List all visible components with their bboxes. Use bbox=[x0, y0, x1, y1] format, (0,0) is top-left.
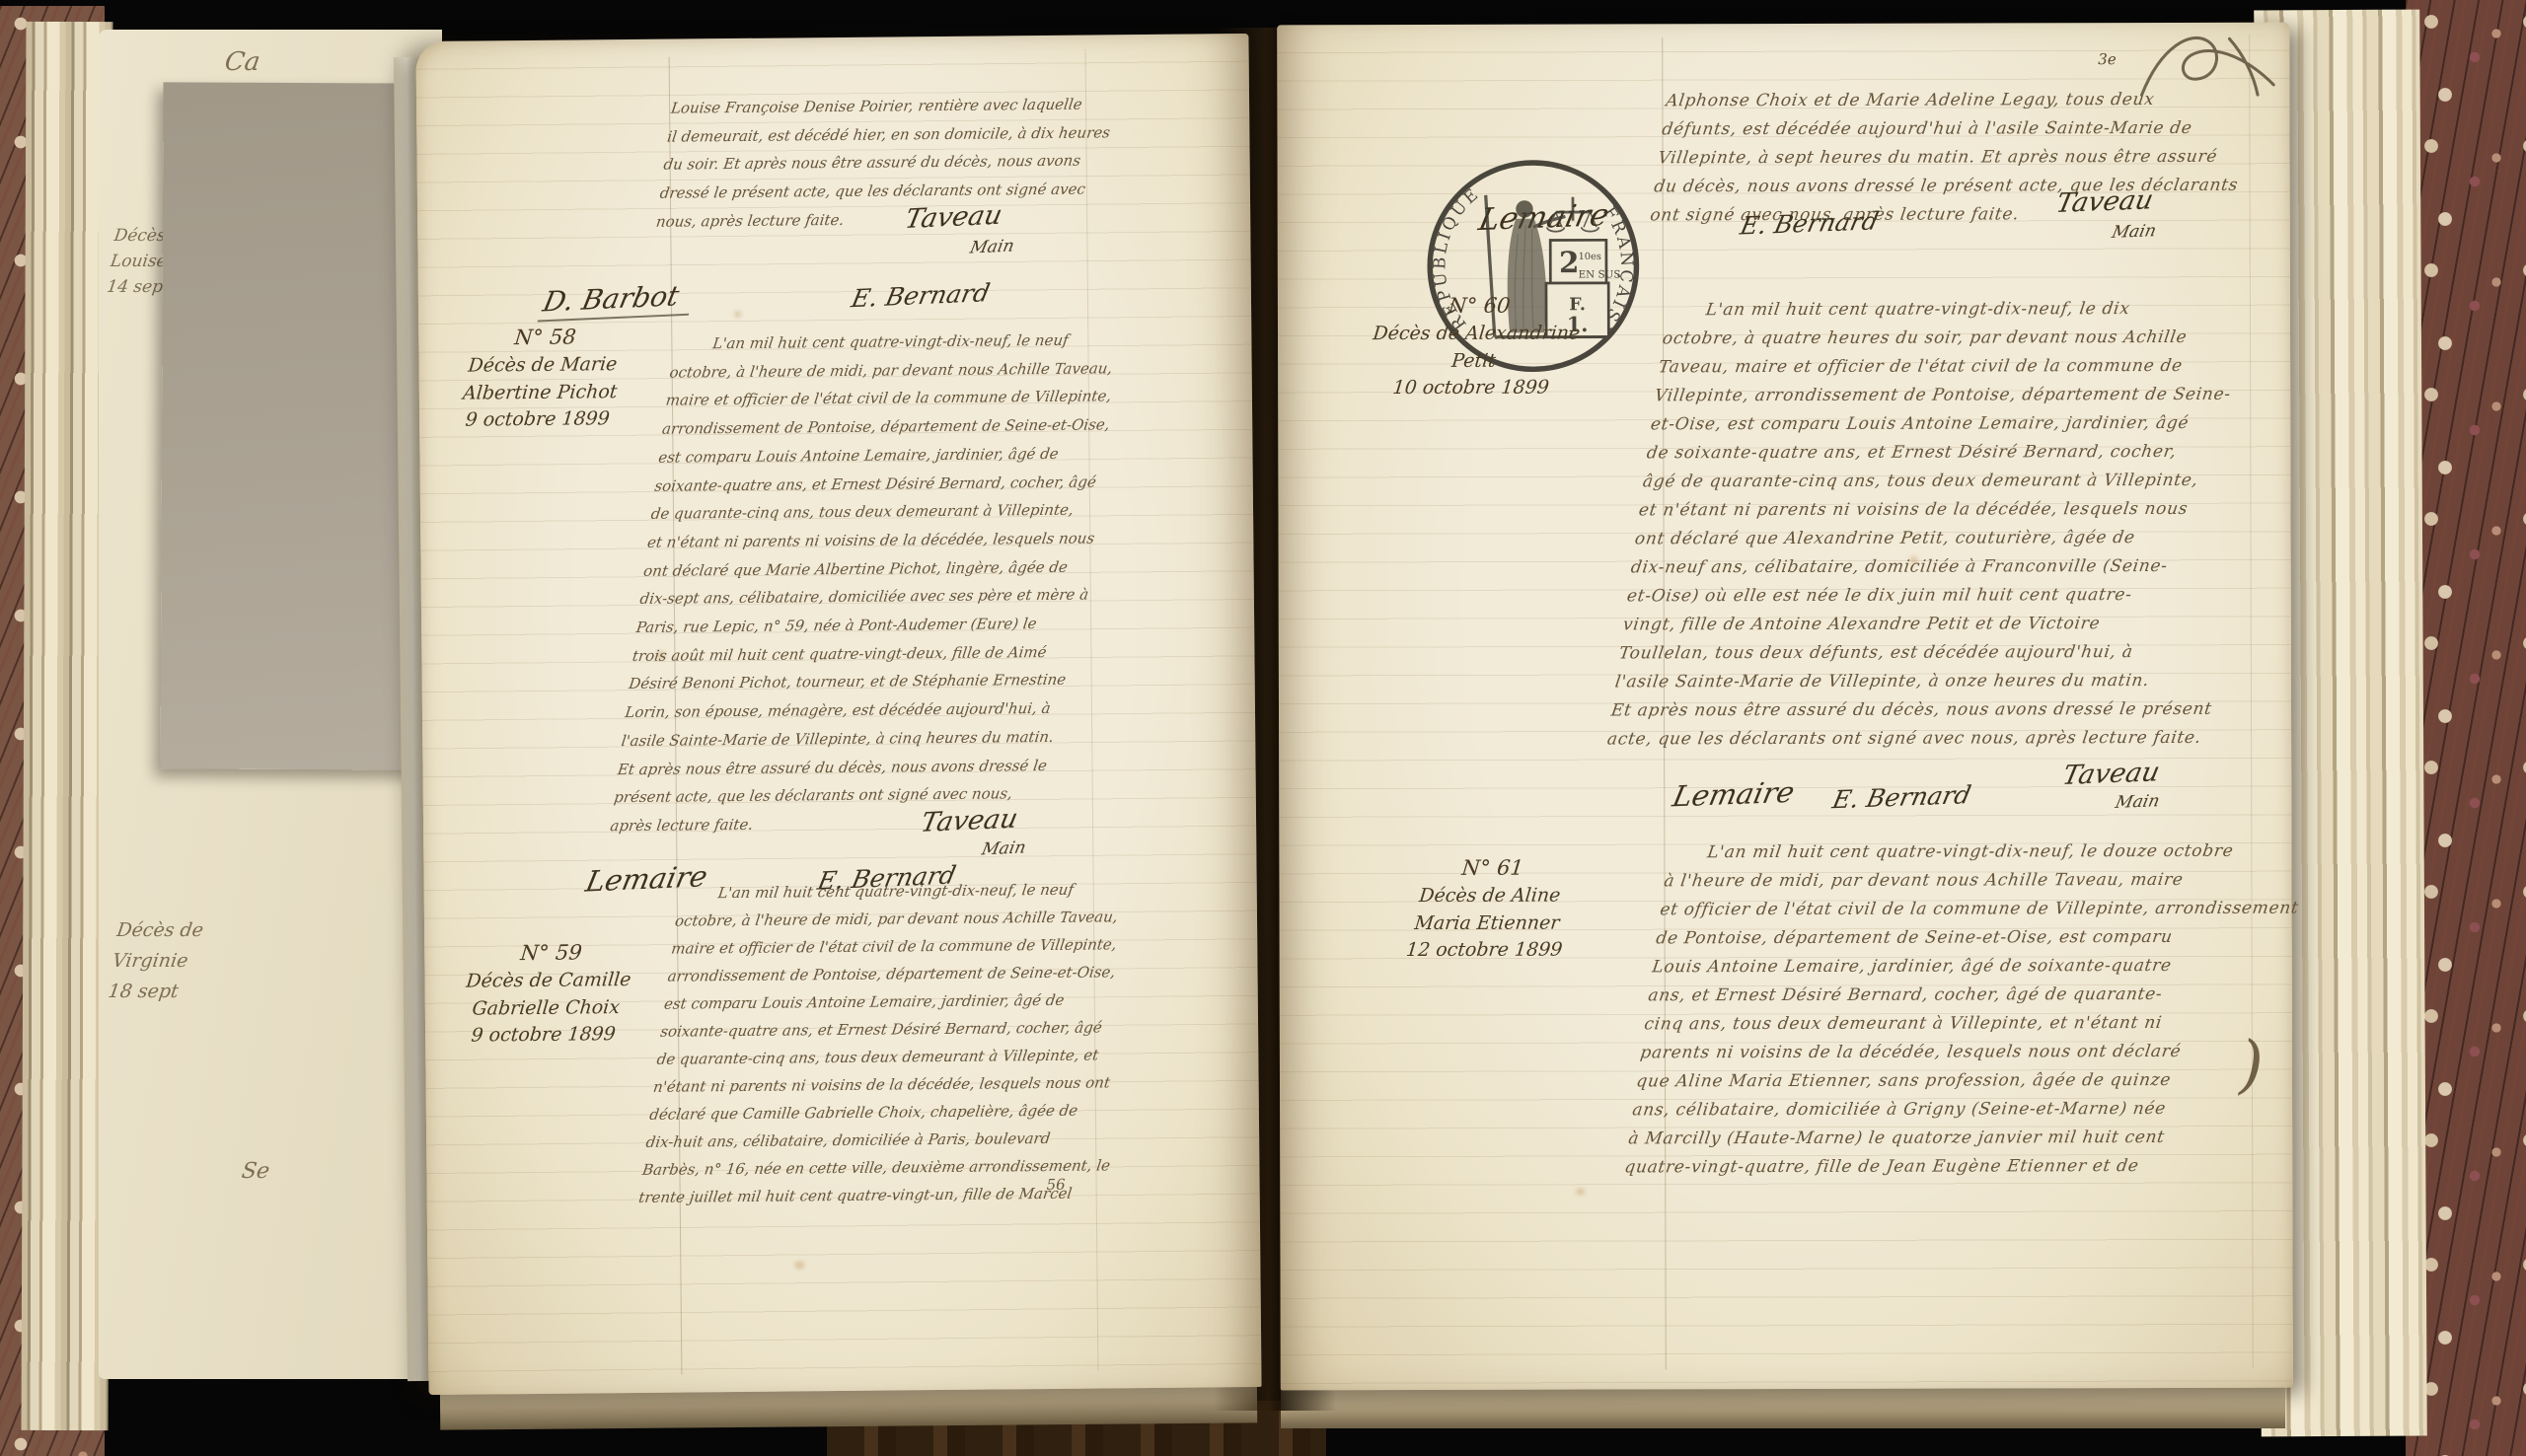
right-page: 3e Alphonse Choix et de Marie Adeline Le… bbox=[1277, 23, 2293, 1391]
manuscript-line: et n'étant ni parents ni voisins de la d… bbox=[1637, 495, 2242, 526]
left-page: Louise Françoise Denise Poirier, rentièr… bbox=[415, 34, 1261, 1395]
manuscript-line: à Marcilly (Haute-Marne) le quatorze jan… bbox=[1626, 1124, 2268, 1154]
act-title: Décès de Marie bbox=[433, 351, 653, 381]
manuscript-line: Paris, rue Lepic, n° 59, née à Pont-Aude… bbox=[634, 610, 1086, 642]
manuscript-line: et n'étant ni parents ni voisins de la d… bbox=[645, 524, 1097, 556]
signature-bernard: E. Bernard bbox=[1830, 780, 1973, 814]
manuscript-line: maire et officier de l'état civil de la … bbox=[664, 383, 1116, 415]
manuscript-line: de Pontoise, département de Seine-et-Ois… bbox=[1654, 923, 2296, 954]
stamp-value-ensus: EN SUS bbox=[1579, 268, 1621, 280]
manuscript-line: dix-sept ans, célibataire, domiciliée av… bbox=[638, 581, 1090, 614]
bracket-flourish: ) bbox=[2239, 1029, 2264, 1102]
act-date: 9 octobre 1899 bbox=[427, 405, 647, 435]
record-58-body: L'an mil huit cent quatre-vingt-dix-neuf… bbox=[609, 326, 1124, 840]
manuscript-line: soixante-quatre ans, et Ernest Désiré Be… bbox=[653, 468, 1105, 500]
manuscript-line: L'an mil huit cent quatre-vingt-dix-neuf… bbox=[710, 326, 1123, 358]
continuation-body: Louise Françoise Denise Poirier, rentièr… bbox=[654, 90, 1115, 236]
manuscript-line: Villepinte, à sept heures du matin. Et a… bbox=[1656, 143, 2244, 174]
manuscript-line: trois août mil huit cent quatre-vingt-de… bbox=[631, 637, 1082, 670]
manuscript-line: il demeurait, est décédé hier, en son do… bbox=[665, 118, 1111, 151]
signature-taveau: Taveau bbox=[903, 200, 1005, 235]
record-60-margin: N° 60 Décès de Alexandrine Petit 10 octo… bbox=[1351, 290, 1599, 401]
register-photo: Ca DécèsLouise14 sept Décès deVirginie18… bbox=[0, 0, 2526, 1456]
act-title: Maria Etienner bbox=[1368, 910, 1607, 937]
foxing-spot bbox=[1576, 1189, 1585, 1196]
manuscript-fragment-block: Décès deVirginie18 sept bbox=[106, 915, 286, 1007]
manuscript-line: Villepinte, arrondissement de Pontoise, … bbox=[1653, 381, 2258, 411]
manuscript-fragment: Ca bbox=[223, 47, 262, 77]
act-title: Gabrielle Choix bbox=[436, 993, 656, 1023]
manuscript-line: L'an mil huit cent quatre-vingt-dix-neuf… bbox=[1705, 837, 2308, 868]
manuscript-line: Louise bbox=[109, 249, 170, 274]
signature-taveau: Taveau bbox=[2053, 184, 2156, 219]
manuscript-line: du soir. Et après nous être assuré du dé… bbox=[662, 147, 1108, 180]
manuscript-line: âgé de quarante-cinq ans, tous deux deme… bbox=[1641, 467, 2246, 497]
manuscript-line: L'an mil huit cent quatre-vingt-dix-neuf… bbox=[716, 875, 1149, 907]
manuscript-line: et officier de l'état civil de la commun… bbox=[1658, 895, 2300, 925]
manuscript-line: 14 sept bbox=[106, 274, 167, 300]
record-59-margin: N° 59 Décès de Camille Gabrielle Choix 9… bbox=[433, 937, 661, 1051]
act-number: N° 59 bbox=[441, 937, 661, 969]
record-61-margin: N° 61 Décès de Aline Maria Etienner 12 o… bbox=[1365, 852, 1613, 964]
manuscript-line: Et après nous être assuré du décès, nous… bbox=[616, 751, 1068, 783]
manuscript-line: L'an mil huit cent quatre-vingt-dix-neuf… bbox=[1704, 295, 2269, 325]
manuscript-line: dix-neuf ans, célibataire, domiciliée à … bbox=[1629, 552, 2234, 583]
manuscript-fragment: Se bbox=[240, 1159, 271, 1184]
act-title: Albertine Pichot bbox=[430, 378, 650, 407]
manuscript-line: acte, que les déclarants ont signé avec … bbox=[1605, 724, 2210, 755]
record-58-margin: N° 58 Décès de Marie Albertine Pichot 9 … bbox=[427, 322, 655, 435]
foxing-spot bbox=[734, 311, 741, 318]
act-title: Décès de Camille bbox=[439, 967, 659, 996]
manuscript-line: octobre, à l'heure de midi, par devant n… bbox=[668, 354, 1120, 387]
stamp-value-tenths: 10es bbox=[1579, 252, 1601, 262]
manuscript-line: de quarante-cinq ans, tous deux demeuran… bbox=[649, 496, 1101, 529]
foxing-spot bbox=[794, 1261, 804, 1269]
manuscript-line: Toullelan, tous deux défunts, est décédé… bbox=[1617, 638, 2222, 669]
signature-bernard: E. Bernard bbox=[849, 278, 992, 313]
page-number: 56 bbox=[1047, 1176, 1066, 1194]
manuscript-line: quatre-vingt-quatre, fille de Jean Eugèn… bbox=[1622, 1152, 2265, 1183]
act-title: Décès de Alexandrine bbox=[1357, 320, 1597, 347]
manuscript-line: nous, après lecture faite. bbox=[654, 203, 1100, 236]
act-number: N° 60 bbox=[1360, 290, 1599, 321]
manuscript-line: ont déclaré que Alexandrine Petit, coutu… bbox=[1633, 524, 2238, 554]
manuscript-line: est comparu Louis Antoine Lemaire, jardi… bbox=[656, 439, 1108, 472]
manuscript-line: cinq ans, tous deux demeurant à Villepin… bbox=[1642, 1009, 2284, 1040]
manuscript-line: ans, et Ernest Désiré Bernard, cocher, â… bbox=[1646, 981, 2288, 1011]
manuscript-line: et-Oise, est comparu Louis Antoine Lemai… bbox=[1649, 409, 2254, 440]
signature-lemaire: Lemaire bbox=[1670, 775, 1798, 814]
record-61-body: L'an mil huit cent quatre-vingt-dix-neuf… bbox=[1622, 837, 2308, 1183]
manuscript-line: octobre, à quatre heures du soir, par de… bbox=[1661, 324, 2266, 354]
stamp-value-2: 2 bbox=[1559, 245, 1580, 279]
manuscript-line: Décès de bbox=[114, 915, 286, 946]
manuscript-line: parents ni voisins de la décédée, lesque… bbox=[1638, 1038, 2280, 1068]
record-60-body: L'an mil huit cent quatre-vingt-dix-neuf… bbox=[1605, 295, 2269, 755]
manuscript-line: et-Oise) où elle est née le dix juin mil… bbox=[1625, 581, 2230, 612]
manuscript-line: l'asile Sainte-Marie de Villepinte, à on… bbox=[1613, 667, 2218, 697]
manuscript-line: ans, célibataire, domiciliée à Grigny (S… bbox=[1630, 1095, 2272, 1126]
manuscript-line: de soixante-quatre ans, et Ernest Désiré… bbox=[1645, 438, 2250, 469]
signature-taveau: Taveau bbox=[2060, 757, 2163, 791]
manuscript-line: que Aline Maria Etienner, sans professio… bbox=[1634, 1066, 2276, 1097]
manuscript-line: Lorin, son épouse, ménagère, est décédée… bbox=[624, 694, 1076, 727]
signature-barbot: D. Barbot bbox=[538, 279, 697, 323]
manuscript-line: à l'heure de midi, par devant nous Achil… bbox=[1662, 866, 2304, 897]
manuscript-line: l'asile Sainte-Marie de Villepinte, à ci… bbox=[620, 723, 1072, 756]
folio-mark: 3e bbox=[2098, 50, 2116, 68]
act-title: Décès de Aline bbox=[1370, 882, 1609, 910]
record-59-body: L'an mil huit cent quatre-vingt-dix-neuf… bbox=[637, 875, 1149, 1211]
manuscript-line: Louis Antoine Lemaire, jardinier, âgé de… bbox=[1650, 952, 2292, 983]
manuscript-line: dressé le présent acte, que les déclaran… bbox=[658, 175, 1104, 207]
manuscript-line: ont déclaré que Marie Albertine Pichot, … bbox=[641, 552, 1093, 585]
manuscript-line: défunts, est décédée aujourd'hui à l'asi… bbox=[1660, 114, 2248, 145]
manuscript-line: arrondissement de Pontoise, département … bbox=[666, 958, 1138, 990]
signature-main: Main bbox=[2110, 221, 2158, 243]
manuscript-line: arrondissement de Pontoise, département … bbox=[660, 410, 1112, 443]
manuscript-line: vingt, fille de Antoine Alexandre Petit … bbox=[1621, 610, 2226, 640]
manuscript-line: Désiré Benoni Pichot, tourneur, et de St… bbox=[627, 666, 1078, 698]
manuscript-line: Louise Françoise Denise Poirier, rentièr… bbox=[669, 90, 1115, 122]
continuation-body: Alphonse Choix et de Marie Adeline Legay… bbox=[1648, 86, 2252, 231]
signature-taveau: Taveau bbox=[918, 804, 1020, 838]
manuscript-line: 18 sept bbox=[106, 977, 277, 1007]
act-date: 10 octobre 1899 bbox=[1351, 375, 1591, 402]
signature-main: Main bbox=[2114, 791, 2162, 813]
act-title: Petit bbox=[1354, 347, 1594, 375]
act-date: 12 octobre 1899 bbox=[1365, 936, 1604, 964]
act-number: N° 58 bbox=[435, 322, 655, 353]
manuscript-line: Virginie bbox=[111, 946, 282, 977]
signature-main: Main bbox=[968, 236, 1015, 257]
manuscript-line: Taveau, maire et officier de l'état civi… bbox=[1657, 352, 2262, 383]
signature-main: Main bbox=[980, 837, 1027, 859]
manuscript-line: Alphonse Choix et de Marie Adeline Legay… bbox=[1664, 86, 2252, 116]
manuscript-line: trente juillet mil huit cent quatre-ving… bbox=[637, 1179, 1109, 1211]
manuscript-line: Et après nous être assuré du décès, nous… bbox=[1609, 695, 2214, 726]
act-number: N° 61 bbox=[1373, 852, 1612, 883]
inserted-card bbox=[160, 82, 429, 769]
act-date: 9 octobre 1899 bbox=[433, 1021, 653, 1051]
signature-bernard: E. Bernard bbox=[1738, 206, 1881, 240]
